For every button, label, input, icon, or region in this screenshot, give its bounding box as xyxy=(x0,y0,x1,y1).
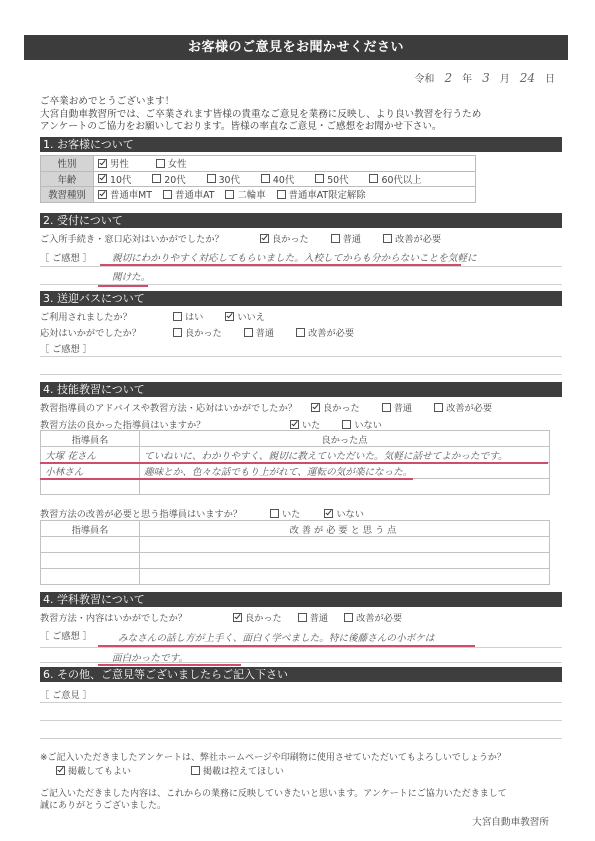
option-label: 普通 xyxy=(256,325,274,339)
divider xyxy=(40,662,562,663)
improvement-points-cell[interactable] xyxy=(140,537,550,553)
option-age-40s[interactable]: 40代 xyxy=(261,172,294,186)
shuttle-used-row: ご利用されましたか？ はい いいえ xyxy=(40,309,265,323)
option-label: 良かった xyxy=(185,325,222,339)
improvement-instructor-table: 指導員名 改善が必要と思う点 xyxy=(40,520,550,585)
course-options: 普通車MT 普通車AT 二輪車 普通車AT限定解除 xyxy=(94,187,476,203)
improvement-points-cell[interactable] xyxy=(140,553,550,569)
table-row-age: 年齢 10代 20代 30代 40代 50代 60代以上 xyxy=(41,171,476,187)
reception-comment-line1[interactable]: 親切にわかりやすく対応してもらいました。入校してからも分からないことを気軽に xyxy=(112,250,477,264)
option-label: 普通車AT xyxy=(175,187,215,201)
checkbox-icon[interactable] xyxy=(163,190,172,199)
good-instructor-row: 教習方法の良かった指導員はいますか？ いた いない xyxy=(40,417,382,431)
intro-line: 大宮自動車教習所では、ご卒業されます皆様の貴重なご意見を業務に反映し、より良い教… xyxy=(40,109,481,122)
option-label: 改善が必要 xyxy=(446,400,492,414)
option-label: 改善が必要 xyxy=(356,610,402,624)
checkbox-icon[interactable] xyxy=(324,509,333,518)
checkbox-icon[interactable] xyxy=(296,328,305,337)
question-text: 教習方法・内容はいかがでしたか？ xyxy=(40,610,233,624)
option-label: 女性 xyxy=(168,156,187,170)
pen-underline xyxy=(98,664,241,666)
checkbox-icon[interactable] xyxy=(344,613,353,622)
table-header-row: 指導員名 良かった点 xyxy=(41,431,550,447)
classroom-question-row: 教習方法・内容はいかがでしたか？ 良かった 普通 改善が必要 xyxy=(40,610,402,624)
checkbox-icon[interactable] xyxy=(98,174,107,183)
pen-underline xyxy=(40,478,413,480)
checkbox-icon[interactable] xyxy=(277,190,286,199)
option-normal[interactable]: 普通 xyxy=(331,231,361,245)
option-no[interactable]: いない xyxy=(324,506,364,520)
option-label: 良かった xyxy=(245,610,282,624)
pen-underline xyxy=(40,462,548,464)
checkbox-icon[interactable] xyxy=(382,403,391,412)
good-points-cell[interactable] xyxy=(140,479,550,495)
option-label: 普通 xyxy=(394,400,412,414)
option-age-20s[interactable]: 20代 xyxy=(152,172,185,186)
checkbox-icon[interactable] xyxy=(298,613,307,622)
section-header-classroom-lessons: 4. 学科教習について xyxy=(40,592,562,607)
checkbox-icon[interactable] xyxy=(270,509,279,518)
column-header-instructor: 指導員名 xyxy=(41,521,140,537)
option-male[interactable]: 男性 xyxy=(98,156,129,170)
intro-line: アンケートのご協力をお願いしております。皆様の率直なご意見・ご感想をお聞かせ下さ… xyxy=(40,121,481,134)
option-standard-at[interactable]: 普通車AT xyxy=(163,187,215,201)
section-header-reception: 2. 受付について xyxy=(40,213,562,228)
comment-line[interactable] xyxy=(40,702,562,703)
question-text: ご入所手続き・窓口応対はいかがでしたか？ xyxy=(40,231,260,245)
option-age-50s[interactable]: 50代 xyxy=(315,172,348,186)
checkbox-icon[interactable] xyxy=(315,174,324,183)
option-label: いない xyxy=(336,506,364,520)
option-label: 普通 xyxy=(310,610,328,624)
option-needs-improvement[interactable]: 改善が必要 xyxy=(383,231,441,245)
option-label: 20代 xyxy=(164,172,185,186)
date-month-value[interactable]: 3 xyxy=(482,71,490,85)
comment-line[interactable] xyxy=(40,720,562,721)
checkbox-icon[interactable] xyxy=(225,312,234,321)
comment-label: ［ ご感想 ］ xyxy=(40,250,92,264)
label-age: 年齢 xyxy=(41,171,94,187)
checkbox-icon[interactable] xyxy=(383,234,392,243)
option-label: いいえ xyxy=(237,309,265,323)
date-month-unit: 月 xyxy=(500,70,510,85)
table-header-row: 指導員名 改善が必要と思う点 xyxy=(41,521,550,537)
option-good[interactable]: 良かった xyxy=(260,231,309,245)
checkbox-icon[interactable] xyxy=(225,190,234,199)
good-points-cell[interactable]: ていねいに、わかりやすく、親切に教えていただいた。気軽に話せてよかったです。 xyxy=(140,447,550,463)
label-gender: 性別 xyxy=(41,156,94,172)
option-label: 60代以上 xyxy=(381,172,421,186)
option-yes[interactable]: はい xyxy=(173,309,203,323)
pen-underline xyxy=(98,285,148,287)
checkbox-icon[interactable] xyxy=(260,234,269,243)
shuttle-service-row: 応対はいかがでしたか？ 良かった 普通 改善が必要 xyxy=(40,325,354,339)
instructor-name-cell[interactable]: 小林さん xyxy=(41,463,140,479)
option-good[interactable]: 良かった xyxy=(173,325,222,339)
option-label: 二輪車 xyxy=(237,187,265,201)
school-signature: 大宮自動車教習所 xyxy=(472,814,549,828)
option-label: 掲載は控えてほしい xyxy=(203,764,284,777)
comment-line[interactable] xyxy=(40,738,562,739)
option-no[interactable]: いいえ xyxy=(225,309,265,323)
improvement-points-cell[interactable] xyxy=(140,569,550,585)
checkbox-icon[interactable] xyxy=(56,766,65,775)
age-options: 10代 20代 30代 40代 50代 60代以上 xyxy=(94,171,476,187)
option-label: 普通車AT限定解除 xyxy=(289,187,366,201)
option-label: いない xyxy=(354,417,382,431)
instructor-rating-row: 教習指導員のアドバイスや教習方法・応対はいかがでしたか？ 良かった 普通 改善が… xyxy=(40,400,492,414)
checkbox-icon[interactable] xyxy=(207,174,216,183)
comment-label: ［ ご感想 ］ xyxy=(40,628,92,642)
question-text: 応対はいかがでしたか？ xyxy=(40,325,173,339)
improvement-instructor-row: 教習方法の改善が必要と思う指導員はいますか？ いた いない xyxy=(40,506,364,520)
thanks-line: ご記入いただきました内容は、これからの業務に反映していきたいと思います。アンケー… xyxy=(40,788,507,800)
consent-question: ※ご記入いただきましたアンケートは、弊社ホームページや印刷物に使用させていただい… xyxy=(40,750,506,763)
option-age-30s[interactable]: 30代 xyxy=(207,172,240,186)
table-row-course: 教習種別 普通車MT 普通車AT 二輪車 普通車AT限定解除 xyxy=(41,187,476,203)
option-good[interactable]: 良かった xyxy=(233,610,282,624)
checkbox-icon[interactable] xyxy=(434,403,443,412)
table-row xyxy=(41,479,550,495)
section-header-other: 6. その他、ご意見等ございましたらご記入下さい xyxy=(40,667,562,682)
date-year-value[interactable]: 2 xyxy=(444,71,452,85)
option-needs-improvement[interactable]: 改善が必要 xyxy=(296,325,354,339)
option-allow-publish[interactable]: 掲載してもよい xyxy=(56,764,131,777)
page-title: お客様のご意見をお聞かせください xyxy=(24,35,568,60)
option-label: 掲載してもよい xyxy=(68,764,131,777)
option-at-limit-removal[interactable]: 普通車AT限定解除 xyxy=(277,187,366,201)
checkbox-icon[interactable] xyxy=(369,174,378,183)
table-row: 小林さん 趣味とか、色々な話でもり上がれて、運転の気が楽になった。 xyxy=(41,463,550,479)
instructor-name-cell[interactable] xyxy=(41,553,140,569)
question-text: 教習方法の改善が必要と思う指導員はいますか？ xyxy=(40,506,270,520)
option-decline-publish[interactable]: 掲載は控えてほしい xyxy=(191,764,284,777)
table-row: 大塚 花さん ていねいに、わかりやすく、親切に教えていただいた。気軽に話せてよか… xyxy=(41,447,550,463)
option-label: 30代 xyxy=(219,172,240,186)
option-label: 50代 xyxy=(327,172,348,186)
option-needs-improvement[interactable]: 改善が必要 xyxy=(434,400,492,414)
comment-line[interactable] xyxy=(40,374,562,375)
section-header-customer: 1. お客様について xyxy=(40,137,562,152)
option-standard-mt[interactable]: 普通車MT xyxy=(98,187,152,201)
intro-line: ご卒業おめでとうございます！ xyxy=(40,96,481,109)
option-label: はい xyxy=(185,309,203,323)
option-label: 改善が必要 xyxy=(308,325,354,339)
option-normal[interactable]: 普通 xyxy=(382,400,412,414)
intro-text: ご卒業おめでとうございます！ 大宮自動車教習所では、ご卒業されます皆様の貴重なご… xyxy=(40,96,481,134)
table-row xyxy=(41,569,550,585)
good-points-cell[interactable]: 趣味とか、色々な話でもり上がれて、運転の気が楽になった。 xyxy=(140,463,550,479)
instructor-name-cell[interactable]: 大塚 花さん xyxy=(41,447,140,463)
option-label: 良かった xyxy=(272,231,309,245)
instructor-name-cell[interactable] xyxy=(41,537,140,553)
customer-info-table: 性別 男性 女性 年齢 10代 20代 30代 40代 50代 60代以上 教習… xyxy=(40,155,476,203)
date-era: 令和 xyxy=(414,70,434,85)
date-field: 令和 2 年 3 月 24 日 xyxy=(414,70,555,85)
divider xyxy=(40,284,562,285)
option-label: 良かった xyxy=(323,400,360,414)
reception-question-row: ご入所手続き・窓口応対はいかがでしたか？ 良かった 普通 改善が必要 xyxy=(40,231,441,245)
column-header-instructor: 指導員名 xyxy=(41,431,140,447)
date-day-unit: 日 xyxy=(545,70,555,85)
section-header-shuttle-bus: 3. 送迎バスについて xyxy=(40,291,562,306)
option-yes[interactable]: いた xyxy=(290,417,320,431)
option-motorcycle[interactable]: 二輪車 xyxy=(225,187,265,201)
classroom-comment-line1[interactable]: みなさんの話し方が上手く、面白く学べました。特に後藤さんの小ボケは xyxy=(118,630,434,644)
checkbox-icon[interactable] xyxy=(331,234,340,243)
gender-options: 男性 女性 xyxy=(94,156,476,172)
consent-options-row: 掲載してもよい 掲載は控えてほしい xyxy=(56,764,284,777)
checkbox-icon[interactable] xyxy=(173,312,182,321)
section-header-driving-lessons: 4. 技能教習について xyxy=(40,382,562,397)
instructor-name-cell[interactable] xyxy=(41,569,140,585)
question-text: 教習指導員のアドバイスや教習方法・応対はいかがでしたか？ xyxy=(40,400,311,414)
option-label: 40代 xyxy=(273,172,294,186)
question-text: 教習方法の良かった指導員はいますか？ xyxy=(40,417,290,431)
checkbox-icon[interactable] xyxy=(244,328,253,337)
option-age-10s[interactable]: 10代 xyxy=(98,172,131,186)
option-label: 普通 xyxy=(343,231,361,245)
thanks-text: ご記入いただきました内容は、これからの業務に反映していきたいと思います。アンケー… xyxy=(40,788,507,812)
column-header-good-points: 良かった点 xyxy=(140,431,550,447)
table-row xyxy=(41,553,550,569)
option-normal[interactable]: 普通 xyxy=(244,325,274,339)
table-row-gender: 性別 男性 女性 xyxy=(41,156,476,172)
option-needs-improvement[interactable]: 改善が必要 xyxy=(344,610,402,624)
checkbox-icon[interactable] xyxy=(98,190,107,199)
thanks-line: 誠にありがとうございました。 xyxy=(40,800,507,812)
checkbox-icon[interactable] xyxy=(342,420,351,429)
checkbox-icon[interactable] xyxy=(191,766,200,775)
checkbox-icon[interactable] xyxy=(98,159,107,168)
comment-label: ［ ご意見 ］ xyxy=(40,687,92,701)
instructor-name-cell[interactable] xyxy=(41,479,140,495)
comment-line[interactable] xyxy=(40,356,562,357)
option-age-60s-plus[interactable]: 60代以上 xyxy=(369,172,421,186)
divider xyxy=(40,647,562,648)
divider xyxy=(40,266,562,267)
checkbox-icon[interactable] xyxy=(290,420,299,429)
option-label: 男性 xyxy=(110,156,129,170)
checkbox-icon[interactable] xyxy=(173,328,182,337)
option-no[interactable]: いない xyxy=(342,417,382,431)
comment-label: ［ ご感想 ］ xyxy=(40,341,92,355)
checkbox-icon[interactable] xyxy=(261,174,270,183)
option-label: いた xyxy=(302,417,320,431)
column-header-improvement-points: 改善が必要と思う点 xyxy=(140,521,550,537)
option-label: いた xyxy=(282,506,300,520)
label-course: 教習種別 xyxy=(41,187,94,203)
date-year-unit: 年 xyxy=(462,70,472,85)
date-day-value[interactable]: 24 xyxy=(520,71,535,85)
option-label: 普通車MT xyxy=(110,187,152,201)
checkbox-icon[interactable] xyxy=(311,403,320,412)
option-label: 改善が必要 xyxy=(395,231,441,245)
checkbox-icon[interactable] xyxy=(156,159,165,168)
option-female[interactable]: 女性 xyxy=(156,156,187,170)
reception-comment-line2[interactable]: 聞けた。 xyxy=(112,269,150,283)
table-row xyxy=(41,537,550,553)
option-label: 10代 xyxy=(110,172,131,186)
option-normal[interactable]: 普通 xyxy=(298,610,328,624)
checkbox-icon[interactable] xyxy=(152,174,161,183)
checkbox-icon[interactable] xyxy=(233,613,242,622)
question-text: ご利用されましたか？ xyxy=(40,309,173,323)
option-good[interactable]: 良かった xyxy=(311,400,360,414)
option-yes[interactable]: いた xyxy=(270,506,300,520)
